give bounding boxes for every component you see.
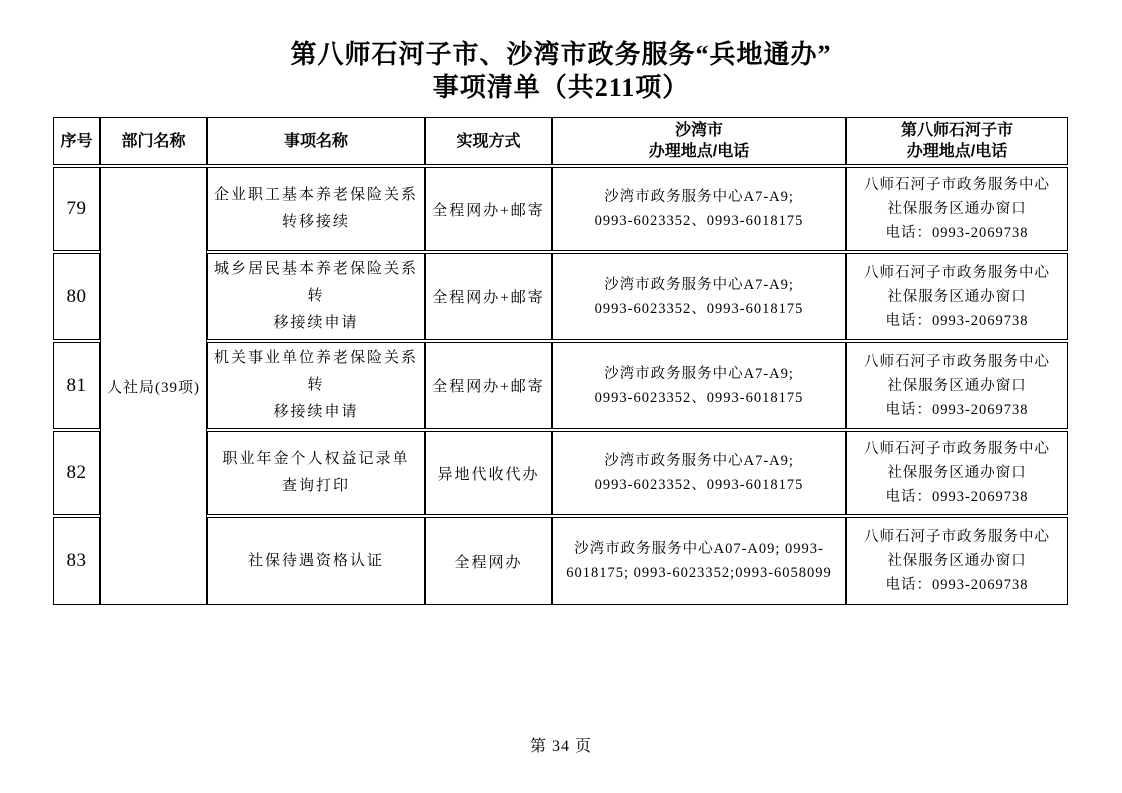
table-header-row: 序号 部门名称 事项名称 实现方式 沙湾市 办理地点/电话 第八师石河子市 办理… — [53, 117, 1068, 165]
shihezi-address-cell: 八师石河子市政务服务中心 社保服务区通办窗口 电话：0993-2069738 — [846, 431, 1068, 515]
shawan-address-cell: 沙湾市政务服务中心A07-A09; 0993- 6018175; 0993-60… — [552, 517, 846, 605]
method-cell: 全程网办+邮寄 — [425, 342, 552, 429]
seq-cell: 82 — [53, 431, 100, 515]
item-name-cell: 社保待遇资格认证 — [207, 517, 425, 605]
page-number: 第 34 页 — [0, 733, 1122, 756]
shihezi-address-cell: 八师石河子市政务服务中心 社保服务区通办窗口 电话：0993-2069738 — [846, 167, 1068, 251]
title-line-2: 事项清单（共211项） — [0, 71, 1122, 104]
item-name-cell: 企业职工基本养老保险关系 转移接续 — [207, 167, 425, 251]
seq-cell: 80 — [53, 253, 100, 340]
shawan-address-cell: 沙湾市政务服务中心A7-A9; 0993-6023352、0993-601817… — [552, 431, 846, 515]
col-header-seq: 序号 — [53, 117, 100, 165]
document-page: 第八师石河子市、沙湾市政务服务“兵地通办” 事项清单（共211项） 序号 部门名… — [0, 0, 1122, 793]
seq-cell: 79 — [53, 167, 100, 251]
method-cell: 全程网办+邮寄 — [425, 253, 552, 340]
service-items-table: 序号 部门名称 事项名称 实现方式 沙湾市 办理地点/电话 第八师石河子市 办理… — [53, 115, 1068, 607]
shihezi-address-cell: 八师石河子市政务服务中心 社保服务区通办窗口 电话：0993-2069738 — [846, 517, 1068, 605]
shawan-address-cell: 沙湾市政务服务中心A7-A9; 0993-6023352、0993-601817… — [552, 342, 846, 429]
shawan-address-cell: 沙湾市政务服务中心A7-A9; 0993-6023352、0993-601817… — [552, 253, 846, 340]
document-title: 第八师石河子市、沙湾市政务服务“兵地通办” 事项清单（共211项） — [0, 0, 1122, 104]
item-name-cell: 机关事业单位养老保险关系转 移接续申请 — [207, 342, 425, 429]
col-header-shihezi: 第八师石河子市 办理地点/电话 — [846, 117, 1068, 165]
department-cell: 人社局(39项) — [100, 167, 207, 605]
method-cell: 异地代收代办 — [425, 431, 552, 515]
item-name-cell: 职业年金个人权益记录单 查询打印 — [207, 431, 425, 515]
method-cell: 全程网办 — [425, 517, 552, 605]
shihezi-address-cell: 八师石河子市政务服务中心 社保服务区通办窗口 电话：0993-2069738 — [846, 253, 1068, 340]
title-line-1: 第八师石河子市、沙湾市政务服务“兵地通办” — [0, 38, 1122, 71]
method-cell: 全程网办+邮寄 — [425, 167, 552, 251]
col-header-method: 实现方式 — [425, 117, 552, 165]
col-header-item: 事项名称 — [207, 117, 425, 165]
item-name-cell: 城乡居民基本养老保险关系转 移接续申请 — [207, 253, 425, 340]
table-row: 79 人社局(39项) 企业职工基本养老保险关系 转移接续 全程网办+邮寄 沙湾… — [53, 167, 1068, 251]
col-header-shawan: 沙湾市 办理地点/电话 — [552, 117, 846, 165]
seq-cell: 83 — [53, 517, 100, 605]
seq-cell: 81 — [53, 342, 100, 429]
col-header-department: 部门名称 — [100, 117, 207, 165]
shihezi-address-cell: 八师石河子市政务服务中心 社保服务区通办窗口 电话：0993-2069738 — [846, 342, 1068, 429]
shawan-address-cell: 沙湾市政务服务中心A7-A9; 0993-6023352、0993-601817… — [552, 167, 846, 251]
